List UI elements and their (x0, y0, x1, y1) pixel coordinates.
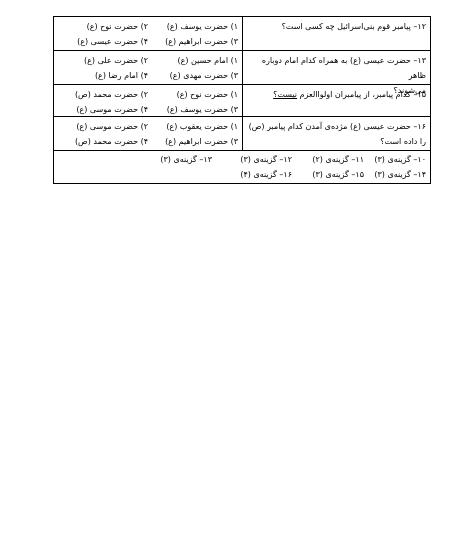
answer-key-row: ۱۰– گزینه‌ی (۳) ۱۱– گزینه‌ی (۲) ۱۲– گزین… (54, 151, 430, 183)
question-table: ۱۲– پیامبر قوم بنی‌اسرائیل چه کسی است؟ ۱… (53, 16, 431, 184)
answer-15: ۱۵– گزینه‌ی (۳) (292, 167, 364, 182)
question-line: ۱۶– حضرت عیسی (ع) مژده‌ی آمدن کدام پیامب… (247, 119, 426, 134)
question-text-underlined: نیست؟ (273, 90, 297, 99)
question-text: ۱۲– پیامبر قوم بنی‌اسرائیل چه کسی است؟ (242, 17, 430, 50)
option-3: ۳) حضرت ابراهیم (ع) (148, 134, 238, 149)
question-text: ۱۵– کدام پیامبر، از پیامبران اولواالعزم … (242, 85, 430, 116)
option-4: ۴) حضرت موسی (ع) (58, 102, 148, 117)
option-3: ۳) حضرت ابراهیم (ع) (148, 34, 238, 49)
question-row-16: ۱۶– حضرت عیسی (ع) مژده‌ی آمدن کدام پیامب… (54, 117, 430, 151)
option-4: ۴) امام رضا (ع) (58, 68, 148, 83)
question-line: ۱۳– حضرت عیسی (ع) به همراه کدام امام دوب… (247, 53, 426, 83)
question-text: ۱۳– حضرت عیسی (ع) به همراه کدام امام دوب… (242, 51, 430, 84)
option-2: ۲) حضرت محمد (ص) (58, 87, 148, 102)
question-line: ۱۵– کدام پیامبر، از پیامبران اولواالعزم … (247, 87, 426, 102)
option-2: ۲) حضرت موسی (ع) (58, 119, 148, 134)
answer-16: ۱۶– گزینه‌ی (۴) (212, 167, 292, 182)
options-grid: ۱) حضرت یوسف (ع) ۲) حضرت نوح (ع) ۳) حضرت… (54, 17, 242, 50)
options-grid: ۱) حضرت نوح (ع) ۲) حضرت محمد (ص) ۳) حضرت… (54, 85, 242, 116)
answer-12: ۱۲– گزینه‌ی (۳) (212, 152, 292, 167)
answer-14: ۱۴– گزینه‌ی (۳) (364, 167, 426, 182)
question-row-13: ۱۳– حضرت عیسی (ع) به همراه کدام امام دوب… (54, 51, 430, 85)
answer-11: ۱۱– گزینه‌ی (۲) (292, 152, 364, 167)
question-text: ۱۶– حضرت عیسی (ع) مژده‌ی آمدن کدام پیامب… (242, 117, 430, 150)
answer-10: ۱۰– گزینه‌ی (۳) (364, 152, 426, 167)
question-line: را داده است؟ (247, 134, 426, 149)
question-text-prefix: ۱۵– کدام پیامبر، از پیامبران اولواالعزم (297, 90, 426, 99)
option-3: ۳) حضرت یوسف (ع) (148, 102, 238, 117)
option-1: ۱) حضرت نوح (ع) (148, 87, 238, 102)
question-row-12: ۱۲– پیامبر قوم بنی‌اسرائیل چه کسی است؟ ۱… (54, 17, 430, 51)
option-1: ۱) امام حسین (ع) (148, 53, 238, 68)
option-4: ۴) حضرت محمد (ص) (58, 134, 148, 149)
option-1: ۱) حضرت یوسف (ع) (148, 19, 238, 34)
question-line: ۱۲– پیامبر قوم بنی‌اسرائیل چه کسی است؟ (247, 19, 426, 34)
options-grid: ۱) حضرت یعقوب (ع) ۲) حضرت موسی (ع) ۳) حض… (54, 117, 242, 150)
option-4: ۴) حضرت عیسی (ع) (58, 34, 148, 49)
option-2: ۲) حضرت علی (ع) (58, 53, 148, 68)
option-2: ۲) حضرت نوح (ع) (58, 19, 148, 34)
question-row-15: ۱۵– کدام پیامبر، از پیامبران اولواالعزم … (54, 85, 430, 117)
option-1: ۱) حضرت یعقوب (ع) (148, 119, 238, 134)
answer-13: ۱۳– گزینه‌ی (۳) (132, 152, 212, 167)
answer-key-grid: ۱۰– گزینه‌ی (۳) ۱۱– گزینه‌ی (۲) ۱۲– گزین… (54, 151, 430, 183)
options-grid: ۱) امام حسین (ع) ۲) حضرت علی (ع) ۳) حضرت… (54, 51, 242, 84)
option-3: ۳) حضرت مهدی (ع) (148, 68, 238, 83)
